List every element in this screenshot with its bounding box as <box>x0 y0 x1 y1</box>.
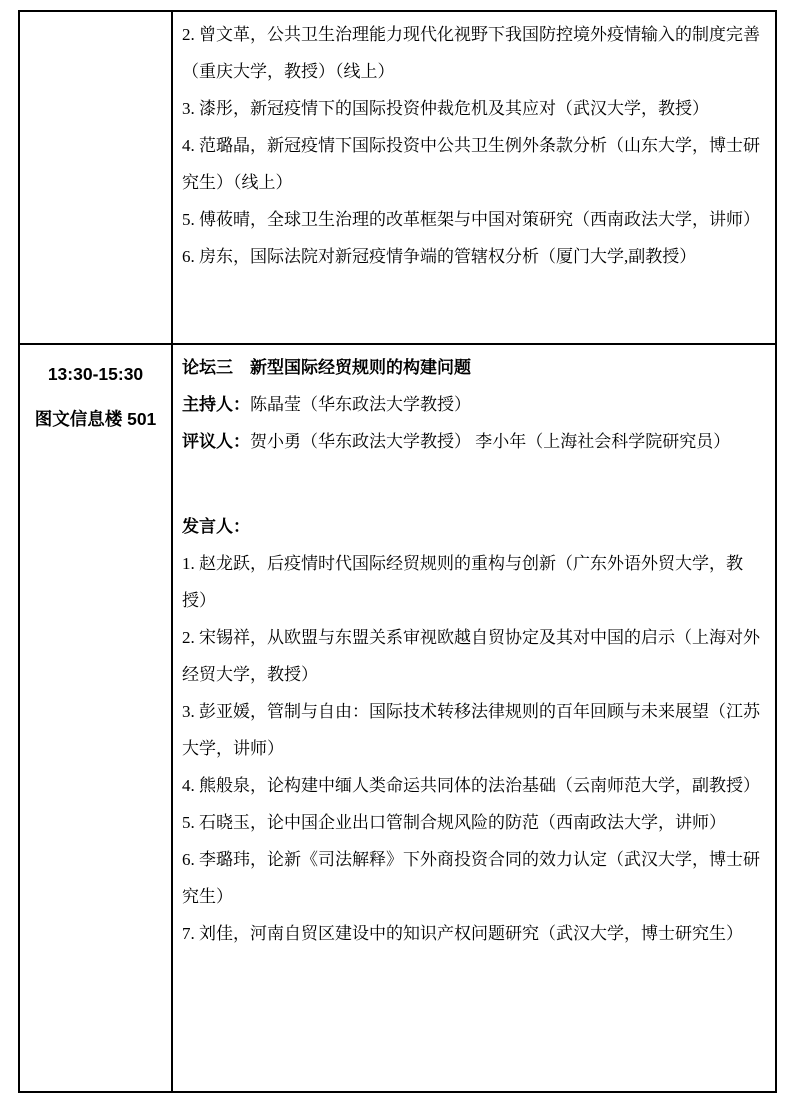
discussant-label: 评议人： <box>182 432 250 451</box>
session-location: 图文信息楼 501 <box>20 397 171 442</box>
speaker-item: 2. 宋锡祥，从欧盟与东盟关系审视欧越自贸协定及其对中国的启示（上海对外经贸大学… <box>182 619 763 693</box>
moderator-name: 陈晶莹（华东政法大学教授） <box>250 395 471 414</box>
speakers-heading: 发言人： <box>182 508 763 545</box>
conference-agenda-table: 2. 曾文革，公共卫生治理能力现代化视野下我国防控境外疫情输入的制度完善（重庆大… <box>18 10 777 1093</box>
blank-space <box>182 460 763 508</box>
speaker-item: 2. 曾文革，公共卫生治理能力现代化视野下我国防控境外疫情输入的制度完善（重庆大… <box>182 16 763 90</box>
session-time: 13:30-15:30 <box>20 352 171 397</box>
discussant-names: 贺小勇（华东政法大学教授） 李小年（上海社会科学院研究员） <box>250 432 730 451</box>
session3-content-cell: 论坛三 新型国际经贸规则的构建问题 主持人：陈晶莹（华东政法大学教授） 评议人：… <box>173 345 775 1091</box>
speaker-item: 4. 熊般泉，论构建中缅人类命运共同体的法治基础（云南师范大学，副教授） <box>182 767 763 804</box>
prev-session-content-cell: 2. 曾文革，公共卫生治理能力现代化视野下我国防控境外疫情输入的制度完善（重庆大… <box>173 12 775 345</box>
speaker-item: 6. 房东，国际法院对新冠疫情争端的管辖权分析（厦门大学,副教授） <box>182 238 763 275</box>
forum-title: 论坛三 新型国际经贸规则的构建问题 <box>182 349 763 386</box>
moderator-line: 主持人：陈晶莹（华东政法大学教授） <box>182 386 763 423</box>
discussant-line: 评议人：贺小勇（华东政法大学教授） 李小年（上海社会科学院研究员） <box>182 423 763 460</box>
speaker-item: 4. 范璐晶，新冠疫情下国际投资中公共卫生例外条款分析（山东大学，博士研究生）（… <box>182 127 763 201</box>
prev-session-time-cell <box>20 12 173 345</box>
speaker-item: 3. 彭亚媛，管制与自由：国际技术转移法律规则的百年回顾与未来展望（江苏大学，讲… <box>182 693 763 767</box>
speaker-item: 3. 漆彤，新冠疫情下的国际投资仲裁危机及其应对（武汉大学，教授） <box>182 90 763 127</box>
session3-time-cell: 13:30-15:30 图文信息楼 501 <box>20 345 173 1091</box>
speaker-item: 6. 李璐玮，论新《司法解释》下外商投资合同的效力认定（武汉大学，博士研究生） <box>182 841 763 915</box>
speaker-item: 5. 傅莜晴，全球卫生治理的改革框架与中国对策研究（西南政法大学，讲师） <box>182 201 763 238</box>
speaker-item: 1. 赵龙跃，后疫情时代国际经贸规则的重构与创新（广东外语外贸大学，教授） <box>182 545 763 619</box>
speaker-item: 5. 石晓玉，论中国企业出口管制合规风险的防范（西南政法大学，讲师） <box>182 804 763 841</box>
speaker-item: 7. 刘佳，河南自贸区建设中的知识产权问题研究（武汉大学，博士研究生） <box>182 915 763 952</box>
moderator-label: 主持人： <box>182 395 250 414</box>
